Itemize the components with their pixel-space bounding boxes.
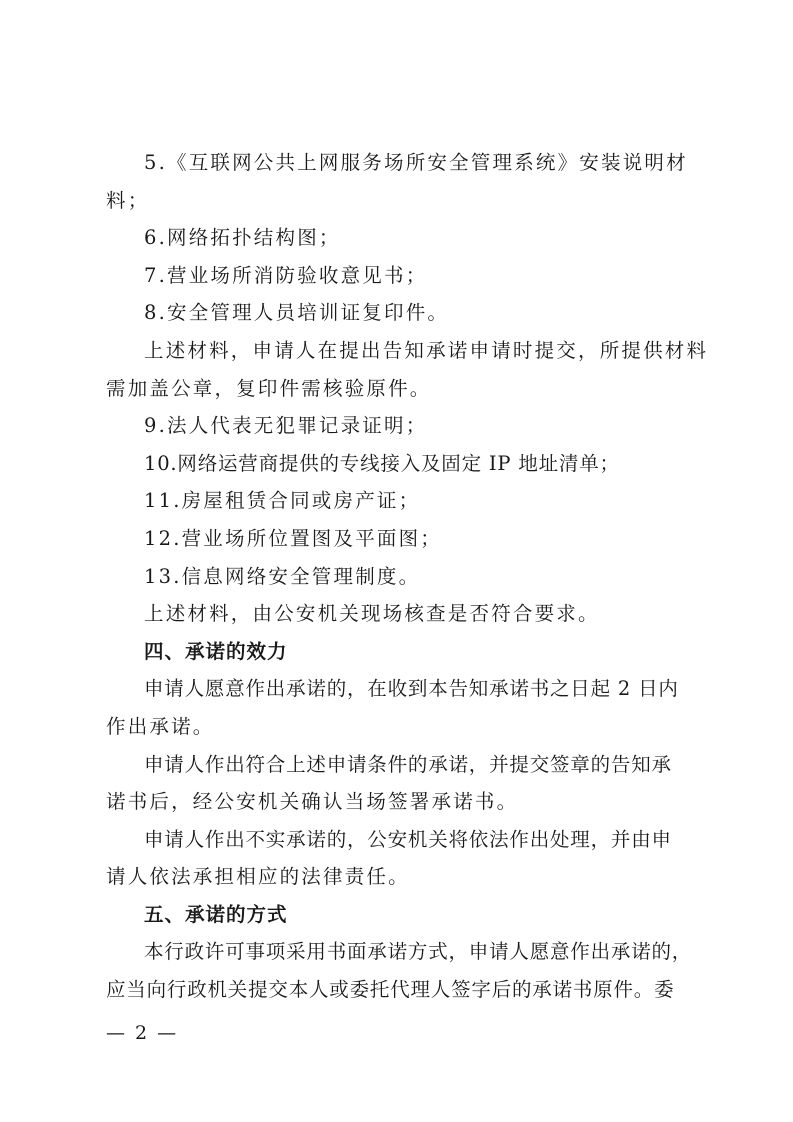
section-4-paragraph-3: 申请人作出不实承诺的，公安机关将依法作出处理，并由申: [106, 821, 696, 859]
section-5-paragraph-1-continued: 应当向行政机关提交本人或委托代理人签字后的承诺书原件。委: [106, 971, 696, 1009]
section-5-paragraph-1: 本行政许可事项采用书面承诺方式，申请人愿意作出承诺的，: [106, 933, 696, 971]
list-item-5: 5.《互联网公共上网服务场所安全管理系统》安装说明材: [106, 144, 696, 182]
section-4-paragraph-3-continued: 请人依法承担相应的法律责任。: [106, 858, 696, 896]
list-item-6: 6.网络拓扑结构图；: [106, 219, 696, 257]
list-item-9: 9.法人代表无犯罪记录证明；: [106, 407, 696, 445]
list-item-7: 7.营业场所消防验收意见书；: [106, 257, 696, 295]
section-4-paragraph-1-continued: 作出承诺。: [106, 708, 696, 746]
section-heading-4: 四、承诺的效力: [106, 633, 696, 671]
list-item-5-continued: 料；: [106, 182, 696, 220]
list-item-13: 13.信息网络安全管理制度。: [106, 558, 696, 596]
section-4-paragraph-2: 申请人作出符合上述申请条件的承诺，并提交签章的告知承: [106, 746, 696, 784]
materials-note-1-continued: 需加盖公章，复印件需核验原件。: [106, 370, 696, 408]
list-item-12: 12.营业场所位置图及平面图；: [106, 520, 696, 558]
materials-note-2: 上述材料，由公安机关现场核查是否符合要求。: [106, 595, 696, 633]
page-number: — 2 —: [106, 1022, 178, 1044]
section-4-paragraph-2-continued: 诺书后，经公安机关确认当场签署承诺书。: [106, 783, 696, 821]
list-item-10: 10.网络运营商提供的专线接入及固定 IP 地址清单；: [106, 445, 696, 483]
list-item-8: 8.安全管理人员培训证复印件。: [106, 294, 696, 332]
list-item-11: 11.房屋租赁合同或房产证；: [106, 482, 696, 520]
section-4-paragraph-1: 申请人愿意作出承诺的，在收到本告知承诺书之日起 2 日内: [106, 670, 696, 708]
section-heading-5: 五、承诺的方式: [106, 896, 696, 934]
materials-note-1: 上述材料，申请人在提出告知承诺申请时提交，所提供材料: [106, 332, 696, 370]
document-body: 5.《互联网公共上网服务场所安全管理系统》安装说明材 料； 6.网络拓扑结构图；…: [106, 144, 696, 1009]
